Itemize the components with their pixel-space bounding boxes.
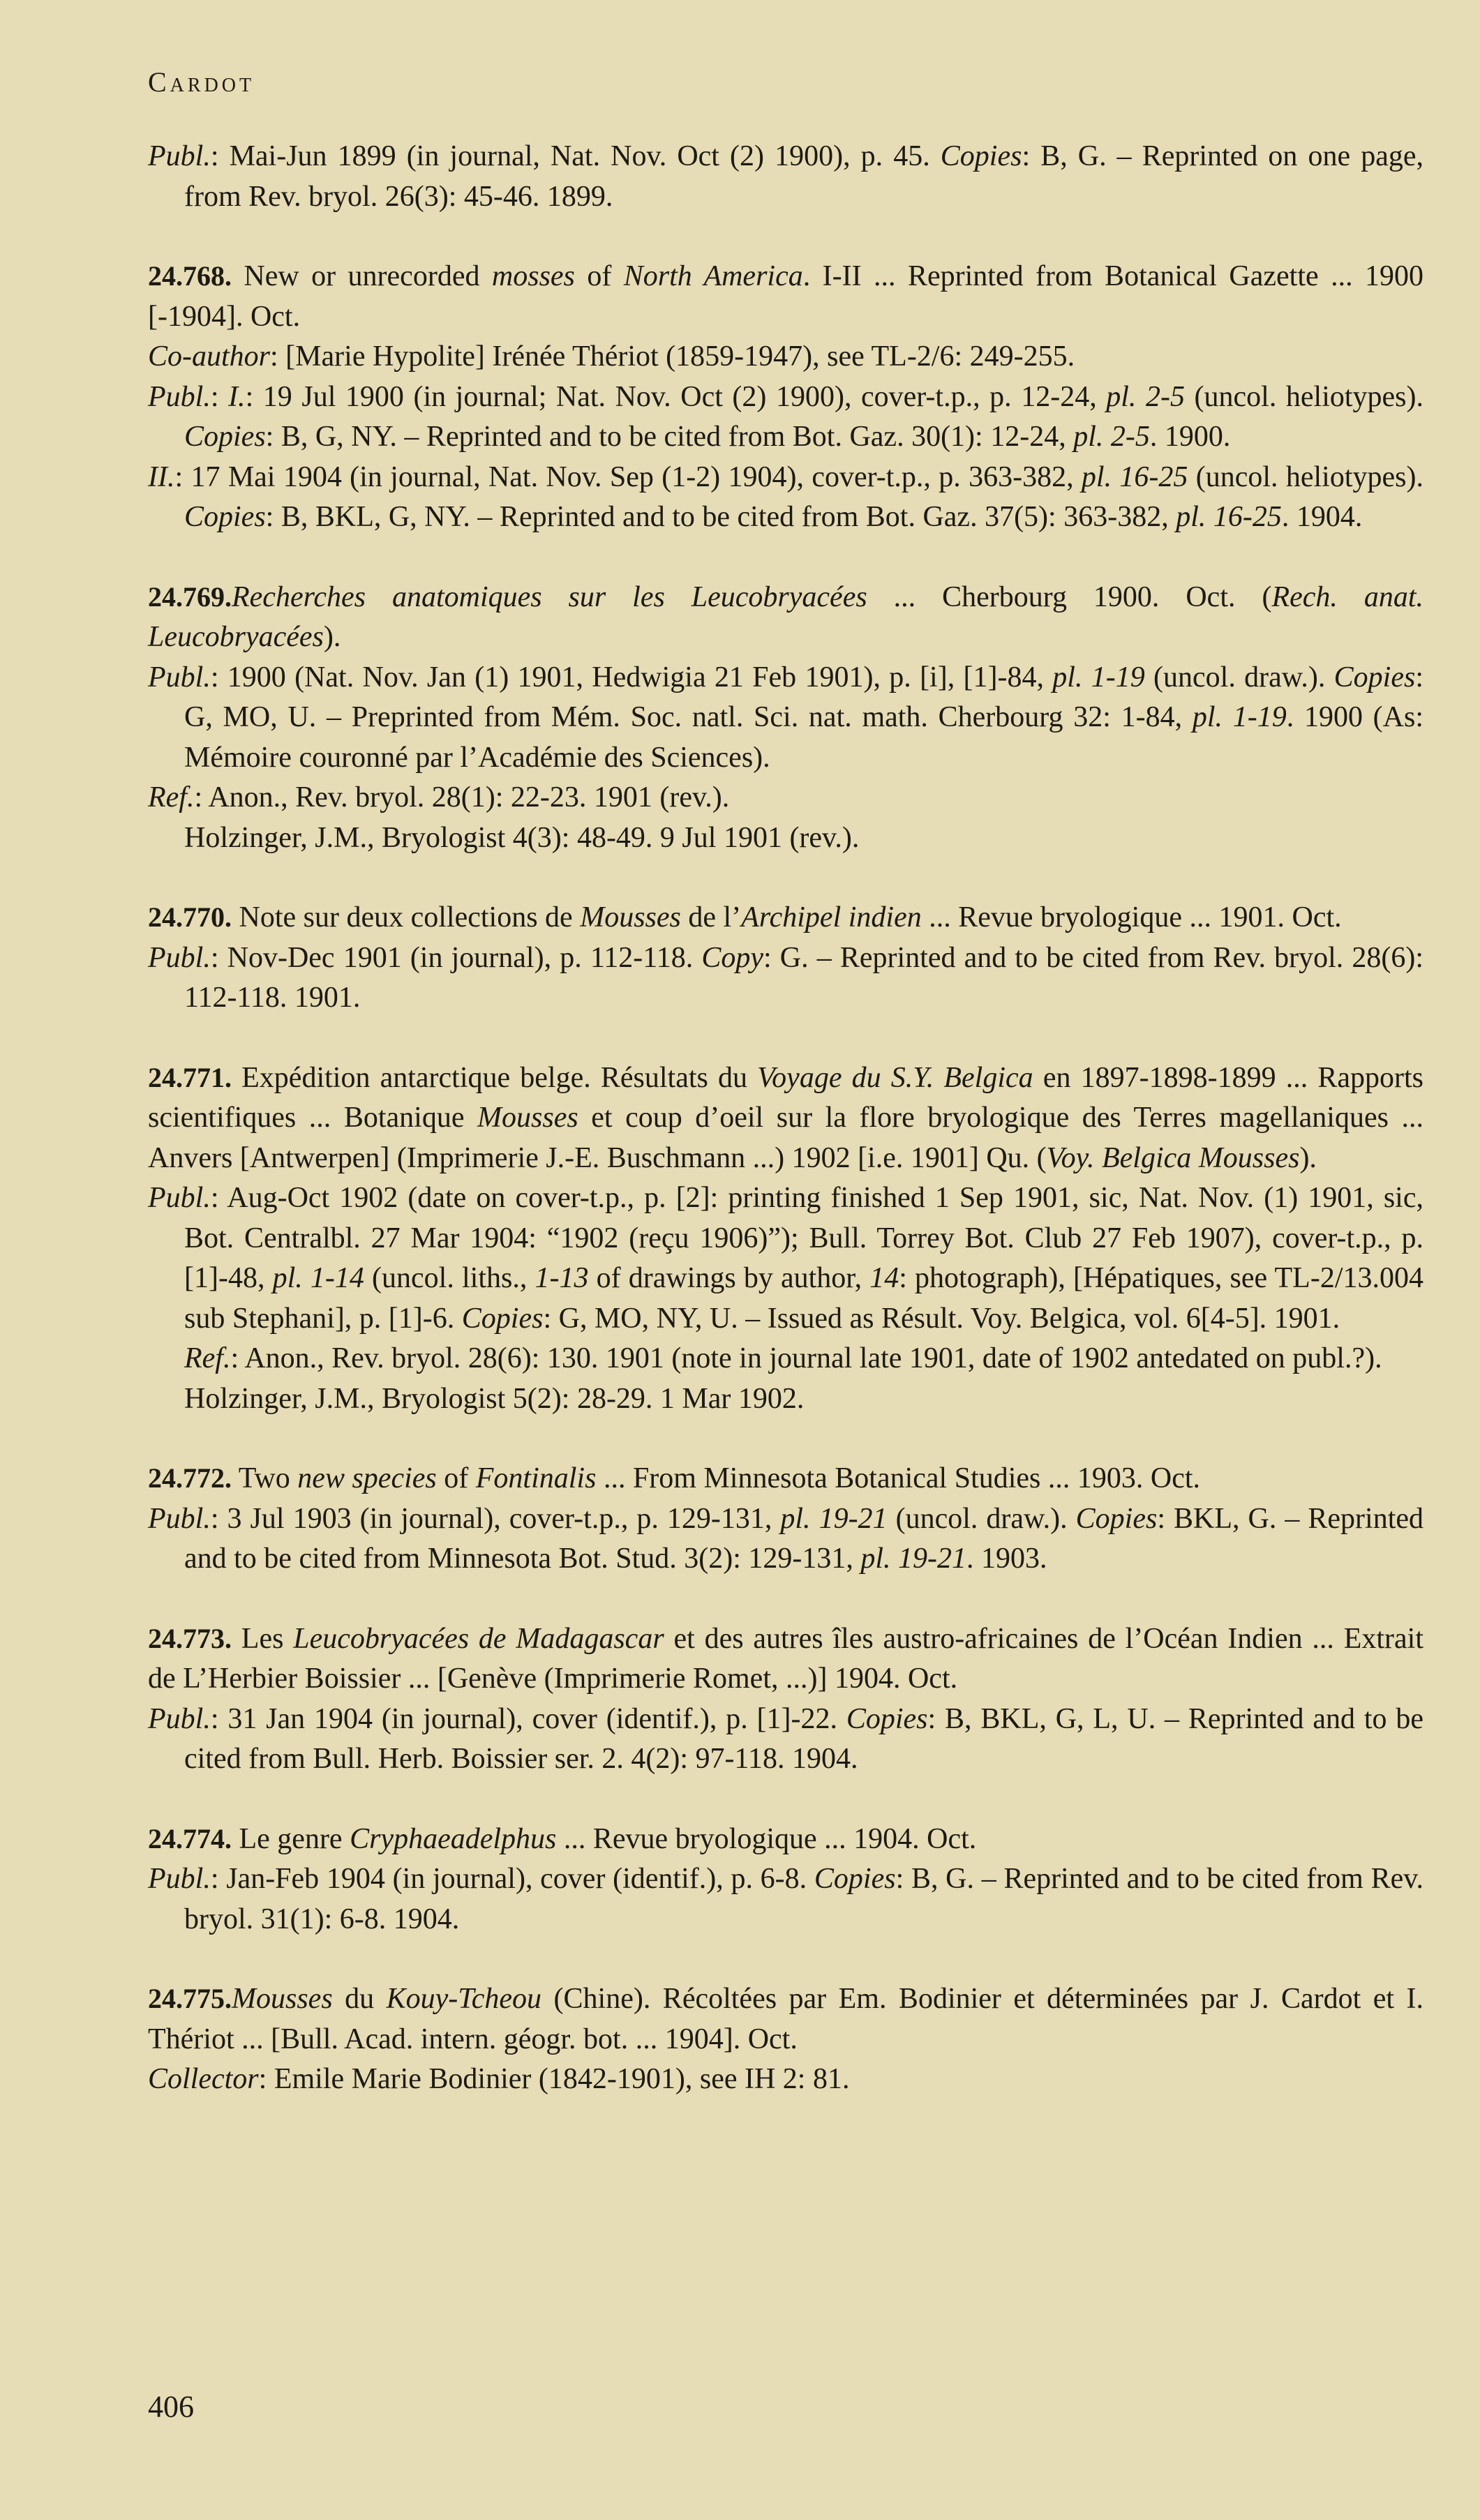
entry-title: 24.771. Expédition antarctique belge. Ré… [148,1058,1423,1179]
text-run: : [211,381,228,413]
text-run: : G, MO, NY, U. – Issued as Résult. Voy.… [543,1303,1340,1335]
entry-field: Ref.: Anon., Rev. bryol. 28(6): 130. 190… [148,1339,1423,1379]
italic-run: pl. 1-14 [273,1262,364,1294]
italic-run: Publ. [148,1182,211,1214]
entry-field: Holzinger, J.M., Bryologist 4(3): 48-49.… [148,818,1423,859]
text-run: : Mai-Jun 1899 (in journal, Nat. Nov. Oc… [211,140,941,172]
italic-run: Publ. [148,661,211,693]
entry-number: 24.768. [148,260,232,292]
entry-field: Publ.: I.: 19 Jul 1900 (in journal; Nat.… [148,377,1423,458]
bibliography-entry: 24.774. Le genre Cryphaeadelphus ... Rev… [148,1819,1423,1940]
bibliography-entry: 24.775.Mousses du Kouy-Tcheou (Chine). R… [148,1979,1423,2100]
entry-title: 24.769.Recherches anatomiques sur les Le… [148,577,1423,658]
italic-run: pl. 19-21 [780,1503,887,1535]
italic-run: pl. 19-21 [860,1543,966,1575]
text-run: : [Marie Hypolite] Irénée Thériot (1859-… [270,340,1075,373]
italic-run: Mousses [232,1983,333,2015]
text-run: (uncol. heliotypes). [1188,461,1423,493]
text-run: Two [232,1462,297,1494]
italic-run: pl. 1-19 [1052,661,1144,693]
italic-run: pl. 2-5 [1073,421,1150,453]
text-run: Holzinger, J.M., Bryologist 4(3): 48-49.… [184,822,859,854]
page-number: 406 [148,2392,194,2422]
text-run: of [437,1462,476,1494]
bibliography-entry: 24.770. Note sur deux collections de Mou… [148,897,1423,1019]
text-run: (uncol. draw.). [1145,661,1334,693]
italic-run: Recherches anatomiques sur les Leucobrya… [232,581,867,613]
italic-run: Copies [846,1703,928,1735]
text-run: : 17 Mai 1904 (in journal, Nat. Nov. Sep… [174,461,1081,493]
italic-run: Copies [462,1303,544,1335]
italic-run: Publ. [148,1703,211,1735]
italic-run: Ref. [148,781,194,813]
italic-run: new species [297,1462,436,1494]
bibliography-entry: 24.771. Expédition antarctique belge. Ré… [148,1058,1423,1420]
text-run: : 3 Jul 1903 (in journal), cover-t.p., p… [211,1503,781,1535]
italic-run: Kouy-Tcheou [387,1983,541,2015]
italic-run: I. [228,381,246,413]
text-run: (uncol. liths., [364,1262,535,1294]
entry-title: 24.774. Le genre Cryphaeadelphus ... Rev… [148,1819,1423,1860]
text-run: Note sur deux collections de [232,901,580,933]
italic-run: Mousses [580,901,681,933]
text-run: ). [324,621,341,653]
italic-run: mosses [492,260,575,292]
italic-run: Publ. [148,1863,211,1895]
italic-run: Archipel indien [741,901,922,933]
running-head: Cardot [148,68,1423,96]
entry-title: 24.768. New or unrecorded mosses of Nort… [148,256,1423,337]
text-run: ). [1299,1142,1317,1174]
italic-run: Copy [701,942,763,974]
text-run: : Anon., Rev. bryol. 28(6): 130. 1901 (n… [230,1342,1382,1374]
italic-run: pl. 2-5 [1106,381,1185,413]
italic-run: 1-13 [535,1262,588,1294]
text-run: Les [232,1623,293,1655]
text-run: : Anon., Rev. bryol. 28(1): 22-23. 1901 … [194,781,729,813]
text-run: Le genre [232,1823,350,1855]
text-run: : 31 Jan 1904 (in journal), cover (ident… [211,1703,846,1735]
entry-list: Publ.: Mai-Jun 1899 (in journal, Nat. No… [148,137,1423,2100]
entry-field: Publ.: 31 Jan 1904 (in journal), cover (… [148,1700,1423,1780]
italic-run: Co-author [148,340,270,373]
italic-run: pl. 1-19 [1193,701,1287,733]
entry-field: Publ.: 3 Jul 1903 (in journal), cover-t.… [148,1499,1423,1580]
italic-run: Copies [941,140,1022,172]
text-run: ... Revue bryologique ... 1904. Oct. [556,1823,976,1855]
italic-run: Publ. [148,1503,211,1535]
text-run: du [333,1983,387,2015]
text-run: : 1900 (Nat. Nov. Jan (1) 1901, Hedwigia… [211,661,1052,693]
text-run: New or unrecorded [232,260,492,292]
text-run: Expédition antarctique belge. Résultats … [232,1062,757,1094]
text-run: ... Cherbourg 1900. Oct. ( [867,581,1272,613]
italic-run: Leucobryacées de Madagascar [293,1623,664,1655]
italic-run: pl. 16-25 [1082,461,1188,493]
italic-run: Publ. [148,381,211,413]
text-run: : B, BKL, G, NY. – Reprinted and to be c… [266,501,1176,533]
text-run: . 1903. [966,1543,1047,1575]
entry-number: 24.769. [148,581,232,613]
text-run: . 1904. [1282,501,1363,533]
italic-run: North America [624,260,803,292]
entry-field: Publ.: Jan-Feb 1904 (in journal), cover … [148,1859,1423,1940]
text-run: of drawings by author, [588,1262,869,1294]
italic-run: Copies [1076,1503,1158,1535]
text-run: : Nov-Dec 1901 (in journal), p. 112-118. [211,942,702,974]
text-run: (uncol. heliotypes). [1185,381,1423,413]
entry-number: 24.771. [148,1062,232,1093]
italic-run: Publ. [148,140,211,172]
entry-title: 24.772. Two new species of Fontinalis ..… [148,1458,1423,1499]
entry-title: 24.770. Note sur deux collections de Mou… [148,897,1423,938]
text-run: of [575,260,624,292]
entry-field: Publ.: Nov-Dec 1901 (in journal), p. 112… [148,938,1423,1019]
bibliography-entry: 24.773. Les Leucobryacées de Madagascar … [148,1619,1423,1780]
text-run: ... From Minnesota Botanical Studies ...… [596,1462,1200,1494]
entry-number: 24.774. [148,1823,232,1854]
text-run: : B, G, NY. – Reprinted and to be cited … [266,421,1074,453]
entry-number: 24.773. [148,1623,232,1654]
italic-run: Voy. Belgica Mousses [1047,1142,1300,1174]
text-run: : Emile Marie Bodinier (1842-1901), see … [259,2063,850,2095]
entry-number: 24.772. [148,1462,232,1494]
text-run: : 19 Jul 1900 (in journal; Nat. Nov. Oct… [246,381,1107,413]
italic-run: pl. 16-25 [1176,501,1282,533]
italic-run: Fontinalis [476,1462,597,1494]
bibliography-entry: 24.768. New or unrecorded mosses of Nort… [148,256,1423,538]
text-run: Holzinger, J.M., Bryologist 5(2): 28-29.… [184,1383,804,1415]
text-run: : Jan-Feb 1904 (in journal), cover (iden… [211,1863,814,1895]
entry-field: Publ.: Aug-Oct 1902 (date on cover-t.p.,… [148,1178,1423,1339]
italic-run: Cryphaeadelphus [350,1823,556,1855]
entry-title: 24.775.Mousses du Kouy-Tcheou (Chine). R… [148,1979,1423,2060]
entry-number: 24.770. [148,901,232,933]
entry-number: 24.775. [148,1983,232,2014]
entry-field: Ref.: Anon., Rev. bryol. 28(1): 22-23. 1… [148,778,1423,818]
page-body: Cardot Publ.: Mai-Jun 1899 (in journal, … [148,68,1423,2139]
italic-run: Ref. [184,1342,230,1374]
entry-title: 24.773. Les Leucobryacées de Madagascar … [148,1619,1423,1700]
entry-field: II.: 17 Mai 1904 (in journal, Nat. Nov. … [148,458,1423,538]
italic-run: Copies [184,501,266,533]
italic-run: Copies [184,421,266,453]
bibliography-entry: 24.772. Two new species of Fontinalis ..… [148,1458,1423,1580]
text-run: ... Revue bryologique ... 1901. Oct. [922,901,1342,933]
text-run: (uncol. draw.). [888,1503,1076,1535]
entry-field: Holzinger, J.M., Bryologist 5(2): 28-29.… [148,1379,1423,1420]
entry-field: Collector: Emile Marie Bodinier (1842-19… [148,2060,1423,2100]
entry-field: Co-author: [Marie Hypolite] Irénée Théri… [148,337,1423,377]
italic-run: II. [148,461,174,493]
bibliography-entry: 24.769.Recherches anatomiques sur les Le… [148,577,1423,859]
italic-run: 14 [869,1262,899,1294]
italic-run: Copies [814,1863,896,1895]
entry-field: Publ.: Mai-Jun 1899 (in journal, Nat. No… [148,137,1423,217]
text-run: . 1900. [1150,421,1231,453]
text-run: de l’ [681,901,741,933]
italic-run: Publ. [148,942,211,974]
italic-run: Mousses [477,1102,578,1134]
entry-field: Publ.: 1900 (Nat. Nov. Jan (1) 1901, Hed… [148,658,1423,779]
bibliography-entry: Publ.: Mai-Jun 1899 (in journal, Nat. No… [148,137,1423,217]
italic-run: Copies [1334,661,1416,693]
italic-run: Voyage du S.Y. Belgica [757,1062,1033,1094]
italic-run: Collector [148,2063,259,2095]
